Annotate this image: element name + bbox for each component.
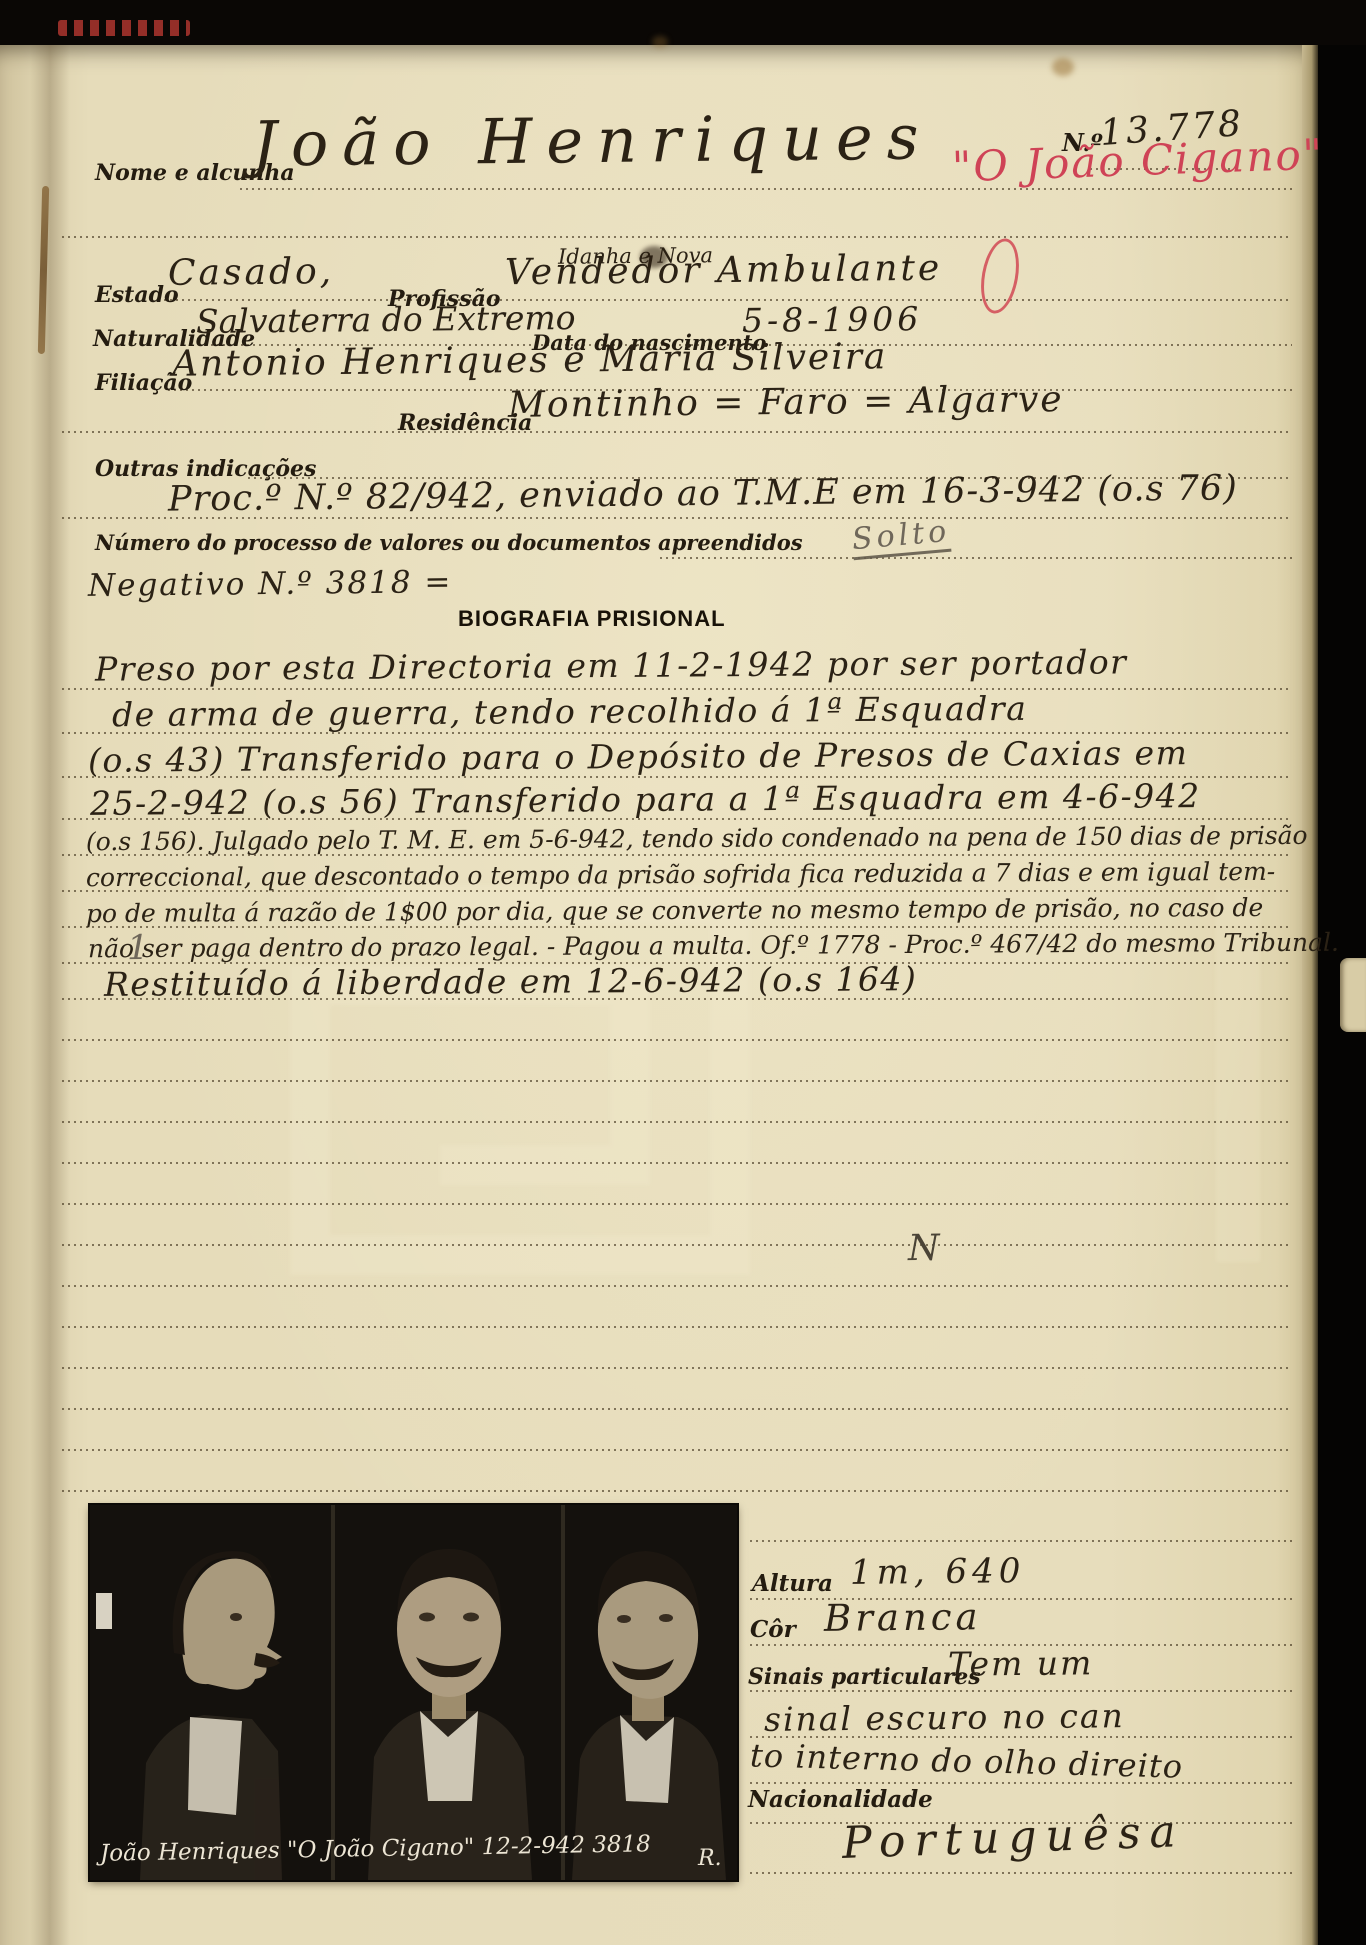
paper-stain bbox=[652, 36, 668, 48]
processo-label: Número do processo de valores ou documen… bbox=[95, 530, 803, 555]
biografia-line: de arma de guerra, tendo recolhido á 1ª … bbox=[112, 689, 1028, 734]
altura-value: 1m, 640 bbox=[850, 1551, 1026, 1593]
cor-value: Branca bbox=[824, 1595, 982, 1640]
paper-stain bbox=[1052, 58, 1074, 76]
photo-corner-mark: R. bbox=[698, 1846, 722, 1871]
biografia-line: 25-2-942 (o.s 56) Transferido para a 1ª … bbox=[90, 776, 1201, 823]
dotted-rule bbox=[62, 1490, 1292, 1492]
dotted-rule bbox=[62, 1162, 1292, 1164]
dotted-rule bbox=[62, 1203, 1292, 1205]
dotted-rule bbox=[62, 1449, 1292, 1451]
biografia-line: Restituído á liberdade em 12-6-942 (o.s … bbox=[104, 959, 918, 1004]
biografia-heading: BIOGRAFIA PRISIONAL bbox=[458, 606, 726, 632]
prison-record-scan: N.º 13.778 Nome e alcunha João Henriques… bbox=[0, 0, 1366, 1945]
dotted-rule bbox=[62, 1367, 1292, 1369]
biografia-line: Preso por esta Directoria em 11-2-1942 p… bbox=[95, 642, 1128, 688]
pencil-mark-n: N bbox=[908, 1228, 940, 1269]
dotted-rule bbox=[750, 1872, 1292, 1874]
nacionalidade-label: Nacionalidade bbox=[748, 1786, 933, 1813]
dotted-rule bbox=[62, 1326, 1292, 1328]
mugshot-panels bbox=[90, 1505, 737, 1880]
dotted-rule bbox=[750, 1540, 1292, 1542]
pencil-mark-one: 1 bbox=[127, 928, 149, 968]
dotted-rule bbox=[62, 1121, 1292, 1123]
dotted-rule bbox=[62, 1080, 1292, 1082]
ink-blot bbox=[640, 246, 668, 268]
dotted-rule bbox=[62, 1408, 1292, 1410]
dotted-rule bbox=[62, 1285, 1292, 1287]
estado-label: Estado bbox=[95, 282, 179, 308]
dotted-rule bbox=[750, 1690, 1292, 1692]
filiacao-value: Antonio Henriques e Maria Silveira bbox=[172, 336, 888, 384]
sinais-value-2: sinal escuro no can bbox=[764, 1696, 1125, 1739]
nascimento-value: 5-8-1906 bbox=[742, 299, 923, 340]
sinais-value-1: Tem um bbox=[948, 1643, 1094, 1684]
sinais-label: Sinais particulares bbox=[748, 1664, 981, 1690]
naturalidade-value: Salvaterra do Extremo bbox=[196, 298, 576, 341]
dotted-rule bbox=[62, 1039, 1292, 1041]
altura-label: Altura bbox=[752, 1570, 833, 1597]
dotted-rule bbox=[62, 688, 1292, 690]
dotted-rule bbox=[62, 236, 1292, 238]
residencia-value: Montinho = Faro = Algarve bbox=[508, 379, 1064, 426]
biografia-line: po de multa á razão de 1$00 por dia, que… bbox=[86, 893, 1263, 928]
dotted-rule bbox=[660, 557, 1292, 559]
mugshot-photo bbox=[90, 1505, 737, 1880]
naturalidade-note: Idanha e Nova bbox=[558, 243, 713, 269]
dotted-rule bbox=[240, 188, 1292, 190]
estado-value: Casado, bbox=[168, 251, 335, 294]
negativo-value: Negativo N.º 3818 = bbox=[88, 564, 453, 604]
dotted-rule bbox=[62, 431, 1292, 433]
dotted-rule bbox=[62, 1244, 1292, 1246]
biografia-line: (o.s 43) Transferido para o Depósito de … bbox=[88, 733, 1189, 780]
nome-value: João Henriques bbox=[252, 100, 933, 180]
cor-label: Côr bbox=[750, 1616, 796, 1643]
dotted-rule bbox=[750, 1782, 1292, 1784]
